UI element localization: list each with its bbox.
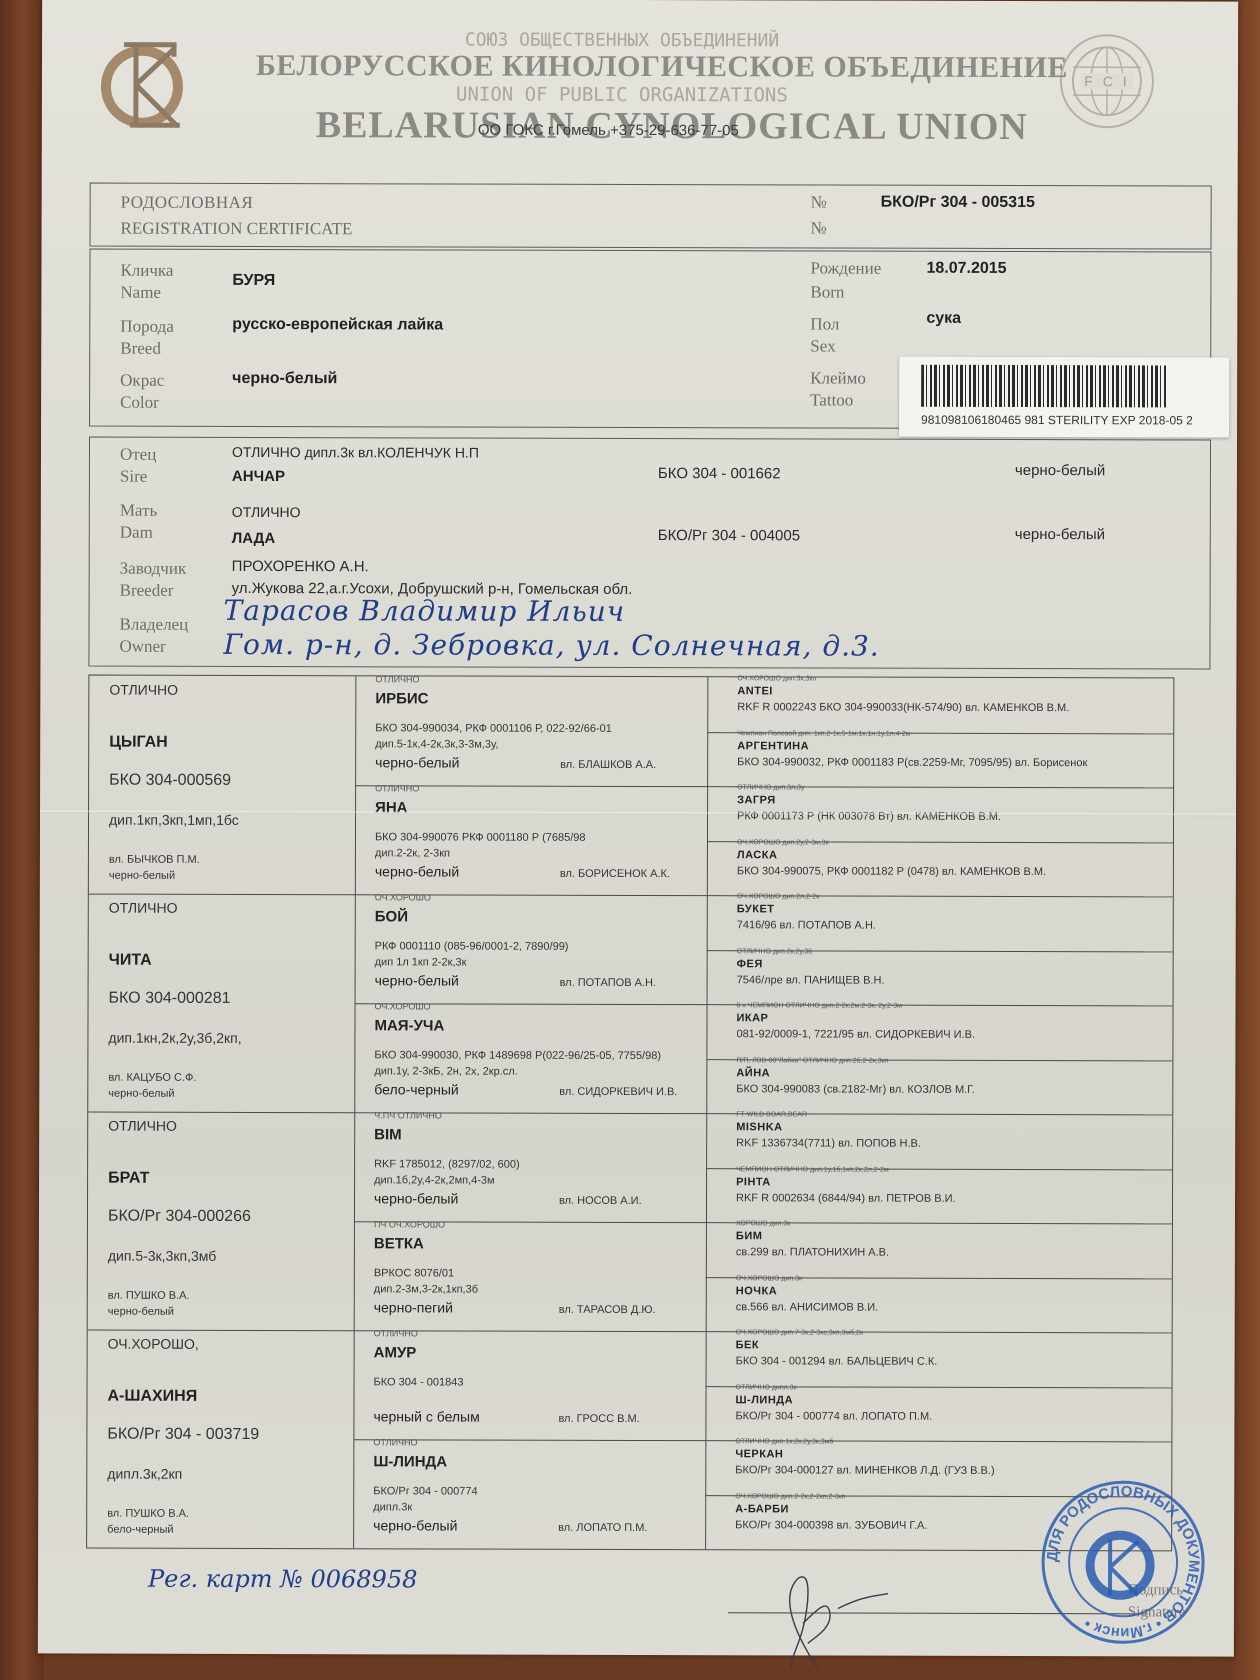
registration-number: БКО 304 - 001843 [374,1376,464,1388]
registration-info: БКО 304 - 001294 вл. БАЛЬЦЕВИЧ С.К. [736,1355,938,1368]
owner: вл. ТАРАСОВ Д.Ю. [559,1304,656,1316]
diplomas: дип.5-3к,3кп,3мб [108,1248,216,1264]
dam-name: ЛАДА [232,530,275,547]
grade: ОЧ.ХОРОШО дип.7-3к,2-3кс,3кп,3мб,2к [736,1329,863,1336]
registration-info: RKF R 0002243 БКО 304-990033(НК-574/90) … [737,701,1069,714]
diplomas: дип.1у, 2-3кБ, 2н, 2х, 2кр.сл. [374,1065,517,1077]
barcode-text: 981098106180465 981 STERILITY EXP 2018-0… [921,413,1193,428]
dog-born: 18.07.2015 [926,260,1006,278]
ancestor-name: ИРБИС [375,690,428,707]
great-grandparent-cell: ОТЛИЧНОЯНАБКО 304-990076 РКФ 0001180 Р (… [355,785,707,896]
grade: ОТЛИЧНО [109,682,178,698]
great-great-grandparent-cell: Чемпион Полевой дип. 1кп,2-1к,5-1м,1к,1н… [707,732,1173,789]
sex-label-ru: Пол [810,313,839,335]
color: бело-черный [374,1081,458,1097]
grade: ОТЛИЧНО [109,900,178,916]
registration-info: БКО 304-990075, РКФ 0001182 Р (0478) вл.… [737,865,1046,878]
owner-address-handwritten: Гом. р-н, д. Зебровка, ул. Солнечная, д.… [223,628,879,663]
ancestor-name: ЦЫГАН [109,734,168,752]
great-grandparent-cell: ОТЛИЧНОШ-ЛИНДАБКО/Рг 304 - 000774дипл.3к… [353,1439,705,1549]
color: черно-белый [375,754,459,770]
sex-label-en: Sex [810,335,836,357]
grandparent-cell: ОЧ.ХОРОШО,А-ШАХИНЯБКО/Рг 304 - 003719дип… [87,1330,354,1549]
great-great-grandparent-cell: ОТЛИЧНО дипл.3кШ-ЛИНДАБКО/Рг 304 - 00077… [705,1386,1171,1443]
sire-grade: ОТЛИЧНО дипл.3к вл.КОЛЕНЧУК Н.П [232,444,479,461]
ancestor-name: БУКЕТ [737,903,775,915]
owner: вл. БОРИСЕНОК А.К. [560,868,670,880]
registration-info: БКО/Рг 304-000127 вл. МИНЕНКОВ Л.Д. (ГУЗ… [735,1464,994,1477]
registration-number: БКО 304-990076 РКФ 0001180 Р (7685/98 [375,831,586,844]
grade: ОТЛИЧНО [375,674,419,684]
grade: ОЧ.ХОРОШО дип.2л,2-2к [737,893,819,900]
great-great-grandparent-cell: FT-WILD BOAR,BEARMISHKARKF 1336734(7711)… [706,1113,1172,1170]
breed-label-ru: Порода [120,316,174,338]
owner: вл. БЫЧКОВ П.М. [109,854,200,866]
color: черно-белый [109,870,175,882]
ancestor-name: PIHTA [736,1176,771,1188]
great-grandparent-cell: ОТЛИЧНОАМУРБКО 304 - 001843черный с белы… [353,1330,705,1441]
grade: Чемпион Полевой дип. 1кп,2-1к,5-1м,1к,1н… [737,730,910,737]
number2-label: № [811,217,827,239]
registration-info: св.299 вл. ПЛАТОНИХИН А.В. [736,1246,889,1258]
registration-info: БКО/Рг 304 - 000774 вл. ЛОПАТО П.М. [735,1410,932,1423]
title-en: REGISTRATION CERTIFICATE [121,218,353,241]
great-great-grandparent-cell: П/П, ЛВВ-00"Лайка" ОТЛИЧНО дип.2б,2-2к,3… [706,1059,1172,1116]
title-ru: РОДОСЛОВНАЯ [121,192,254,214]
registration-info: БКО 304-990083 (св.2182-Мг) вл. КОЗЛОВ М… [736,1083,975,1096]
color: черно-пегий [374,1299,453,1315]
owner: вл. ЛОПАТО П.М. [558,1522,647,1534]
grandparent-cell: ОТЛИЧНОЦЫГАНБКО 304-000569дип.1кп,3кп,1м… [89,676,356,896]
owner: вл. ПУШКО В.А. [107,1508,189,1520]
grade: ОТЛИЧНО [108,1118,177,1134]
color-label-ru: Окрас [120,370,164,392]
owner: вл. НОСОВ А.И. [559,1195,642,1207]
registration-number: ВРКОС 8076/01 [374,1267,454,1279]
org-name-ru: БЕЛОРУССКОЕ КИНОЛОГИЧЕСКОЕ ОБЪЕДИНЕНИЕ [242,49,1082,85]
registration-info: БКО/Рг 304-000398 вл. ЗУБОВИЧ Г.А. [735,1519,927,1532]
ancestor-name: Ш-ЛИНДА [735,1394,793,1406]
grandparent-cell: ОТЛИЧНОЧИТАБКО 304-000281дип.1кн,2к,2у,3… [88,894,355,1114]
registration-number: БКО/Рг 304-000266 [108,1208,251,1226]
grade: ПЧ ОЧ.ХОРОШО [374,1219,445,1229]
diplomas: дип.1кп,3кп,1мп,1бс [109,812,239,828]
grade: ЧЕМПИОН ОТЛИЧНО дип.1у,1б,1кп,2к,2л,2-2м [736,1166,889,1173]
ancestor-name: ANTEI [737,685,773,697]
grade: ОЧ.ХОРОШО [375,892,431,902]
owner: вл. ГРОСС В.М. [558,1413,639,1425]
breeder-name: ПРОХОРЕНКО А.Н. [232,558,369,575]
wood-background-left [0,0,44,1680]
great-great-grandparent-cell: ЧЕМПИОН ОТЛИЧНО дип.1у,1б,1кп,2к,2л,2-2м… [706,1168,1172,1225]
registration-number: БКО/Рг 304 - 000774 [373,1485,477,1497]
ancestor-name: БРАТ [108,1170,149,1188]
grade: ОЧ.ХОРОШО дип.3к,3кп [737,675,816,682]
certificate-number: БКО/Рг 304 - 005315 [881,194,1035,212]
grade: ОЧ.ХОРОШО дип.2-2к,2-2кп,2-3кп [735,1493,845,1500]
sire-color: черно-белый [1015,462,1105,479]
bko-logo-icon [94,35,194,135]
sire-name: АНЧАР [232,468,285,485]
registration-info: 081-92/0009-1, 7221/95 вл. СИДОРКЕВИЧ И.… [736,1028,975,1041]
grade: ОТЛИЧНО [375,783,419,793]
registration-number: БКО 304-000569 [109,772,231,790]
ancestor-name: ЧЕРКАН [735,1448,783,1460]
ancestor-name: БИМ [736,1230,763,1242]
generation-3-column: ОЧ.ХОРОШО дип.3к,3кпANTEIRKF R 0002243 Б… [705,677,1173,1550]
pedigree-table: ОТЛИЧНОЦЫГАНБКО 304-000569дип.1кп,3кп,1м… [86,675,1174,1552]
born-label-en: Born [810,281,844,303]
dam-color: черно-белый [1015,526,1105,543]
diplomas: дипл.3к [373,1501,412,1513]
diplomas: дип 1л 1кп 2-2к,3к [375,956,467,968]
color: бело-черный [107,1524,173,1536]
breeder-label-ru: Заводчик [120,558,187,580]
ancestor-name: ЧИТА [109,952,152,970]
color: черно-белый [375,972,459,988]
diplomas: дип.2-2к, 2-3кп [375,847,450,859]
great-great-grandparent-cell: ОЧ.ХОРОШО дип.3кНОЧКАсв.566 вл. АНИСИМОВ… [706,1277,1172,1334]
owner: вл. БЛАШКОВ А.А. [560,759,656,771]
great-grandparent-cell: ОЧ.ХОРОШОБОЙРКФ 0001110 (085-96/0001-2, … [355,894,707,1005]
grade: ОТЛИЧНО дип.2к,2у,3б [737,948,813,955]
grade: ОТЛИЧНО [373,1437,417,1447]
great-great-grandparent-cell: ОЧ.ХОРОШО дип.2у,2-3м,3кЛАСКАБКО 304-990… [707,841,1173,898]
owner-label-en: Owner [119,636,165,658]
grade: ОТЛИЧНО [374,1328,418,1338]
name-label-en: Name [120,282,161,304]
grade: ОЧ.ХОРОШО дип.3к [736,1275,802,1282]
dam-grade: ОТЛИЧНО [232,504,301,520]
ancestor-name: ЛАСКА [737,849,778,861]
generation-2-column: ОТЛИЧНОИРБИСБКО 304-990034, РКФ 0001106 … [353,676,708,1549]
color: черно-белый [375,863,459,879]
great-grandparent-cell: ОЧ.ХОРОШОМАЯ-УЧАБКО 304-990030, РКФ 1489… [354,1003,706,1114]
diplomas: дипл.3к,2кп [107,1466,182,1482]
ancestor-name: А-ШАХИНЯ [107,1388,197,1406]
ancestor-name: НОЧКА [736,1285,777,1297]
great-great-grandparent-cell: ОЧ.ХОРОШО дип.3к,3кпANTEIRKF R 0002243 Б… [707,677,1173,734]
ancestor-name: А-БАРБИ [735,1503,789,1515]
grade: ОТЛИЧНО дип.3л,3у [737,784,804,791]
dam-label-en: Dam [120,522,153,544]
registration-info: 7416/96 вл. ПОТАПОВ А.Н. [737,919,876,931]
great-grandparent-cell: ОТЛИЧНОИРБИСБКО 304-990034, РКФ 0001106 … [355,676,707,787]
ancestor-name: БОЙ [375,908,408,925]
color: черно-белый [108,1306,174,1318]
owner-label-ru: Владелец [120,614,189,636]
grade: FT-WILD BOAR,BEAR [736,1111,807,1118]
diplomas: дип.5-1к,4-2к,3к,3-3м,3у, [375,738,498,750]
dam-label-ru: Мать [120,500,157,522]
grade: ОЧ.ХОРОШО, [108,1336,199,1352]
breed-label-en: Breed [120,338,161,360]
ancestor-name: ФЕЯ [737,958,763,970]
grade: ОТЛИЧНО дип.1к,2к,2у,3к,3мб [735,1438,833,1445]
registration-info: РКФ 0001173 Р (НК 003078 Вт) вл. КАМЕНКО… [737,810,1001,823]
diplomas: дип.2-3м,3-2к,1кп,3б [374,1283,478,1295]
dog-color: черно-белый [232,370,337,388]
grade: ХОРОШО дип.3к [736,1220,790,1227]
svg-text:F C I: F C I [1084,73,1129,89]
ancestor-name: ВЕТКА [374,1235,424,1252]
local-club: ОО ГОКС г.Гомель +375-29-636-77-05 [478,122,739,140]
color: черно-белый [108,1088,174,1100]
certificate-title-box: РОДОСЛОВНАЯ REGISTRATION CERTIFICATE № №… [90,183,1212,250]
grade: П/П, ЛВВ-00"Лайка" ОТЛИЧНО дип.2б,2-2к,3… [736,1057,888,1064]
registration-number: RKF 1785012, (8297/02, 600) [374,1158,520,1170]
grade: ОЧ.ХОРОШО [375,1001,431,1011]
microchip-barcode-sticker: 981098106180465 981 STERILITY EXP 2018-0… [899,357,1229,438]
registration-info: RKF 1336734(7711) вл. ПОПОВ Н.В. [736,1137,921,1149]
ancestor-name: ИКАР [736,1012,768,1024]
registration-number: БКО/Рг 304 - 003719 [107,1426,259,1444]
ancestor-name: БЕК [736,1339,760,1351]
registration-info: RKF R 0002634 (6844/94) вл. ПЕТРОВ В.И. [736,1192,956,1205]
dam-reg: БКО/Рг 304 - 004005 [658,527,800,544]
diplomas: дип.1б,2у,4-2к,2мп,4-3м [374,1174,495,1186]
ancestor-name: АЙНА [736,1067,770,1079]
owner-name-handwritten: Тарасов Владимир Ильич [224,594,626,628]
pedigree-certificate: F C I СОЮЗ ОБЩЕСТВЕННЫХ ОБЪЕДИНЕНИЙ БЕЛО… [38,0,1238,1657]
sire-label-en: Sire [120,466,147,488]
ancestor-name: ЯНА [375,799,407,816]
ancestor-name: MISHKA [736,1121,782,1133]
diplomas: дип.1кн,2к,2у,3б,2кп, [108,1030,241,1046]
registration-card-number: Рег. карт № 0068958 [148,1565,417,1594]
generation-1-column: ОТЛИЧНОЦЫГАНБКО 304-000569дип.1кп,3кп,1м… [87,676,356,1549]
registration-number: БКО 304-990034, РКФ 0001106 Р, 022-92/66… [375,722,612,735]
ancestor-name: ЗАГРЯ [737,794,776,806]
great-grandparent-cell: ПЧ ОЧ.ХОРОШОВЕТКАВРКОС 8076/01дип.2-3м,3… [354,1221,706,1332]
sire-label-ru: Отец [120,444,156,466]
grandparent-cell: ОТЛИЧНОБРАТБКО/Рг 304-000266дип.5-3к,3кп… [88,1112,355,1332]
name-label-ru: Кличка [120,260,173,282]
tattoo-label-en: Tattoo [810,389,853,411]
great-great-grandparent-cell: ОЧ.ХОРОШО дип.2л,2-2кБУКЕТ7416/96 вл. ПО… [707,895,1173,952]
color: черный с белым [373,1408,479,1424]
great-great-grandparent-cell: ОТЛИЧНО дип.3л,3уЗАГРЯРКФ 0001173 Р (НК … [707,786,1173,843]
registration-info: 7546/лре вл. ПАНИЩЕВ В.Н. [737,974,885,986]
sire-reg: БКО 304 - 001662 [658,465,781,482]
ancestor-name: Ш-ЛИНДА [373,1453,447,1470]
great-great-grandparent-cell: ОЧ.ХОРОШО дип.7-3к,2-3кс,3кп,3мб,2кБЕКБК… [706,1331,1172,1388]
ancestor-name: МАЯ-УЧА [374,1017,444,1034]
registration-info: БКО 304-990032, РКФ 0001183 Р(св.2259-Мг… [737,756,1087,769]
great-great-grandparent-cell: ОТЛИЧНО дип.2к,2у,3бФЕЯ7546/лре вл. ПАНИ… [707,950,1173,1007]
owner: вл. ПУШКО В.А. [108,1290,190,1302]
registration-number: РКФ 0001110 (085-96/0001-2, 7890/99) [375,940,569,953]
ancestor-name: BIM [374,1126,402,1143]
grade: ОЧ.ХОРОШО дип.2у,2-3м,3к [737,839,829,846]
signature-icon [758,1568,958,1679]
great-great-grandparent-cell: 6 х ЧЕМПИОН ОТЛИЧНО дип.2-2к,2м,2-3к, 2у… [706,1004,1172,1061]
registration-number: БКО 304-000281 [109,990,231,1008]
born-label-ru: Рождение [810,257,881,279]
official-stamp-icon: ДЛЯ РОДОСЛОВНЫХ ДОКУМЕНТОВ • г.Минск • [1038,1477,1208,1647]
dog-name: БУРЯ [232,272,275,290]
owner: вл. СИДОРКЕВИЧ И.В. [559,1086,677,1098]
org-union-ru: СОЮЗ ОБЩЕСТВЕННЫХ ОБЪЕДИНЕНИЙ [342,29,902,51]
owner: вл. ПОТАПОВ А.Н. [560,977,656,989]
great-grandparent-cell: Ч.ПЧ ОТЛИЧНОBIMRKF 1785012, (8297/02, 60… [354,1112,706,1223]
dog-breed: русско-европейская лайка [232,316,443,335]
grade: 6 х ЧЕМПИОН ОТЛИЧНО дип.2-2к,2м,2-3к, 2у… [737,1002,902,1009]
registration-number: БКО 304-990030, РКФ 1489698 Р(022-96/25-… [374,1049,661,1062]
grade: ОТЛИЧНО дипл.3к [736,1384,797,1391]
barcode-icon [921,365,1166,408]
registration-info: св.566 вл. АНИСИМОВ В.И. [736,1301,878,1313]
number-label: № [811,191,827,213]
parents-box: Отец Sire ОТЛИЧНО дипл.3к вл.КОЛЕНЧУК Н.… [88,437,1211,670]
ancestor-name: АРГЕНТИНА [737,740,809,752]
owner: вл. КАЦУБО С.Ф. [108,1072,196,1084]
color-label-en: Color [120,392,159,414]
grade: Ч.ПЧ ОТЛИЧНО [374,1110,442,1120]
great-great-grandparent-cell: ХОРОШО дип.3кБИМсв.299 вл. ПЛАТОНИХИН А.… [706,1222,1172,1279]
breeder-label-en: Breeder [120,580,174,602]
color: черно-белый [374,1190,458,1206]
color: черно-белый [373,1517,457,1533]
ancestor-name: АМУР [374,1344,417,1361]
tattoo-label-ru: Клеймо [810,367,866,389]
dog-sex: сука [926,310,961,328]
